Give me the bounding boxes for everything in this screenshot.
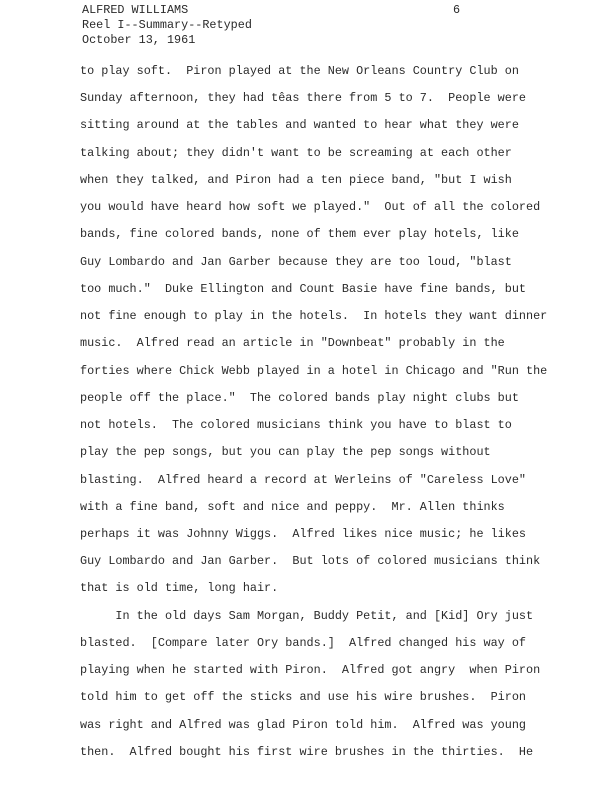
text-line: blasted. [Compare later Ory bands.] Alfr… (80, 635, 547, 662)
header-reel: Reel I--Summary--Retyped (82, 18, 252, 33)
text-line: you would have heard how soft we played.… (80, 199, 547, 226)
transcript-body: to play soft. Piron played at the New Or… (80, 63, 547, 771)
header-date: October 13, 1961 (82, 33, 195, 48)
text-line: In the old days Sam Morgan, Buddy Petit,… (80, 608, 547, 635)
text-line: music. Alfred read an article in "Downbe… (80, 335, 547, 362)
header-name: ALFRED WILLIAMS (82, 3, 188, 18)
text-line: to play soft. Piron played at the New Or… (80, 63, 547, 90)
text-line: talking about; they didn't want to be sc… (80, 145, 547, 172)
text-line: not hotels. The colored musicians think … (80, 417, 547, 444)
text-line: blasting. Alfred heard a record at Werle… (80, 472, 547, 499)
text-line: not fine enough to play in the hotels. I… (80, 308, 547, 335)
text-line: forties where Chick Webb played in a hot… (80, 363, 547, 390)
text-line: perhaps it was Johnny Wiggs. Alfred like… (80, 526, 547, 553)
text-line: play the pep songs, but you can play the… (80, 444, 547, 471)
text-line: Guy Lombardo and Jan Garber because they… (80, 254, 547, 281)
text-line: when they talked, and Piron had a ten pi… (80, 172, 547, 199)
text-line: playing when he started with Piron. Alfr… (80, 662, 547, 689)
text-line: with a fine band, soft and nice and pepp… (80, 499, 547, 526)
text-line: that is old time, long hair. (80, 580, 547, 607)
text-line: people off the place." The colored bands… (80, 390, 547, 417)
page-number: 6 (453, 3, 460, 18)
text-line: then. Alfred bought his first wire brush… (80, 744, 547, 771)
text-line: told him to get off the sticks and use h… (80, 689, 547, 716)
text-line: Guy Lombardo and Jan Garber. But lots of… (80, 553, 547, 580)
text-line: Sunday afternoon, they had têas there fr… (80, 90, 547, 117)
text-line: bands, fine colored bands, none of them … (80, 226, 547, 253)
text-line: sitting around at the tables and wanted … (80, 117, 547, 144)
text-line: too much." Duke Ellington and Count Basi… (80, 281, 547, 308)
document-page: ALFRED WILLIAMS Reel I--Summary--Retyped… (0, 0, 612, 792)
text-line: was right and Alfred was glad Piron told… (80, 717, 547, 744)
